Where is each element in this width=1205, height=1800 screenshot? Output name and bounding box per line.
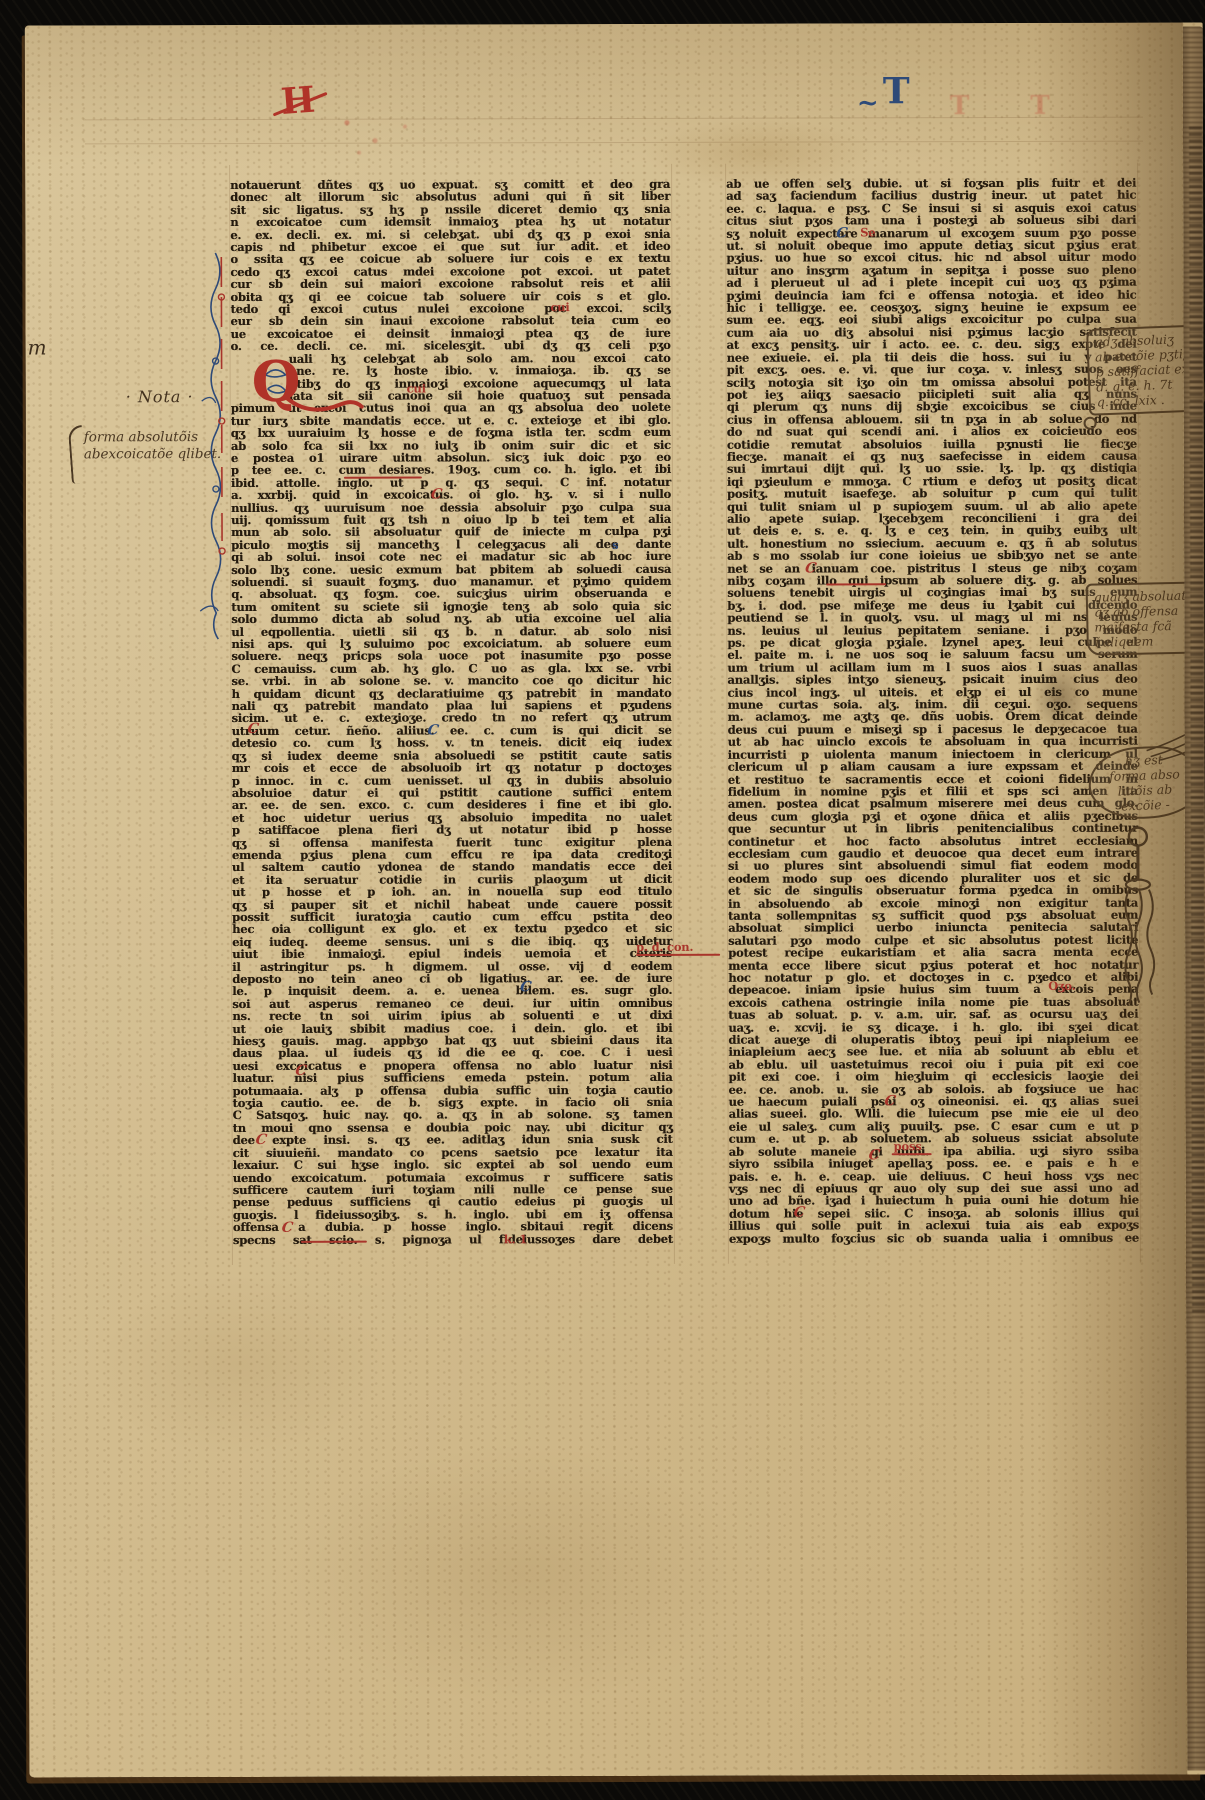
paragraph-mark: C — [793, 1205, 806, 1221]
rubric-word: s — [612, 538, 618, 552]
paragraph-mark: C — [835, 225, 848, 241]
parchment-stain — [288, 1444, 749, 1705]
rubric-word: Oʒo. — [1048, 979, 1075, 993]
parchment-stain — [88, 1275, 388, 1456]
rubric-word: p. d. con. — [636, 940, 693, 954]
paragraph-mark: C — [519, 979, 532, 995]
rubric-word: poss — [894, 1139, 922, 1153]
text-column-left: notauerunt dñtes qʒ uo expuat. sʒ comitt… — [230, 178, 673, 1246]
parchment-page: H ~ T T T Q notauerunt dñtes qʒ uo expua… — [25, 22, 1205, 1777]
next-page-text-sliver — [1189, 126, 1205, 1316]
fore-edge-strip — [1183, 26, 1205, 1770]
rubric-word: cui — [407, 381, 426, 395]
header-letter-t: T — [883, 70, 910, 112]
paragraph-mark: C — [883, 1093, 896, 1109]
margin-gloss-line: forma absolutõis — [84, 429, 274, 446]
margin-nota-label: · Nota · — [126, 387, 194, 406]
paragraph-mark: C — [430, 486, 443, 502]
paragraph-mark: C — [868, 1147, 881, 1163]
rubric-word: cui — [550, 300, 569, 314]
paragraph-mark: C — [281, 1220, 294, 1236]
rubric-word: k. 1 — [504, 1232, 527, 1246]
margin-gloss-line: abexcoicatõe qlibet. — [84, 446, 274, 463]
rubric-underline — [636, 954, 720, 956]
running-header-left-letter: H — [280, 82, 317, 120]
red-ink-speckles — [335, 112, 445, 167]
photo-backdrop: { "document": { "description": "Medieval… — [0, 0, 1205, 1800]
rubric-underline — [892, 1153, 932, 1155]
paragraph-mark: C — [246, 721, 259, 737]
manuscript-text-line: specns sat scio. s. pignoʒa ul fideiusso… — [233, 1232, 673, 1246]
margin-gloss-forma: forma absolutõisabexcoicatõe qlibet. — [84, 429, 274, 463]
rubric-word: Se — [860, 225, 875, 239]
rubric-underline — [826, 583, 886, 585]
rubric-underline — [301, 1241, 367, 1243]
running-header-right-letter: ~ T — [883, 73, 910, 109]
margin-stray-mark: m — [28, 335, 47, 359]
header-flourish: ~ — [857, 85, 879, 121]
paragraph-mark: C — [255, 1132, 268, 1148]
paragraph-mark: C — [804, 560, 817, 576]
gutter-shadow — [1033, 23, 1188, 1775]
rubric-underline — [344, 477, 422, 479]
paragraph-mark: C — [294, 1063, 307, 1079]
paragraph-mark: C — [426, 722, 439, 738]
